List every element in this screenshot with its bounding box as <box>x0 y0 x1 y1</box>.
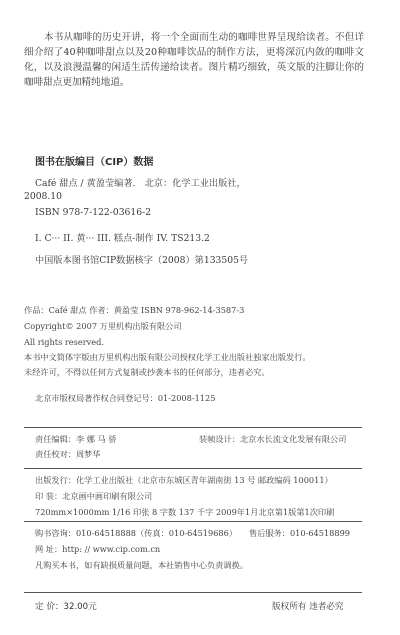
price-value: 32.00元 <box>64 602 97 612</box>
editor-row: 责任编辑：李 娜 马 骄 <box>35 434 117 445</box>
design-label: 装帧设计： <box>199 434 240 444</box>
divider <box>24 468 362 469</box>
print-row: 印 装：北京画中画印刷有限公司 <box>35 491 152 502</box>
proof-row: 责任校对：周梦华 <box>35 449 101 460</box>
specs-row: 720mm×1000mm 1/16 印张 8 字数 137 千字 2009年1月… <box>35 507 334 518</box>
copyright-line: Copyright© 2007 万里机构出版有限公司 <box>24 321 182 332</box>
print-value: 北京画中画印刷有限公司 <box>62 491 152 501</box>
purchase-label: 购书咨询： <box>35 528 76 538</box>
license-line: 本书中文简体字版由万里机构出版有限公司授权化学工业出版社独家出版发行。 <box>24 352 311 363</box>
service-label: 售后服务： <box>249 528 290 538</box>
cip-classification: I. C··· II. 黄··· III. 糕点-制作 IV. TS213.2 <box>35 230 210 244</box>
divider <box>24 427 362 428</box>
publisher-value: 化学工业出版社（北京市东城区青年湖南街 13 号 邮政编码 100011） <box>76 475 333 485</box>
cip-line1: Café 甜点 / 黄盈莹编著． 北京：化学工业出版社， <box>35 175 246 189</box>
web-row: 网 址：http: // www.cip.com.cn <box>35 544 160 555</box>
intro-text: 本书从咖啡的历史开讲，将一个全面而生动的咖啡世界呈现给读者。不但详细介绍了40种… <box>24 30 364 90</box>
web-link: http: // www.cip.com.cn <box>62 544 160 554</box>
proof-value: 周梦华 <box>76 449 101 459</box>
registration-line: 北京市版权局著作权合同登记号：01-2008-1125 <box>35 393 215 404</box>
price-label: 定 价： <box>35 602 64 612</box>
editor-names: 李 娜 马 骄 <box>76 434 117 444</box>
editor-label: 责任编辑： <box>35 434 76 444</box>
print-label: 印 装： <box>35 491 62 501</box>
cip-title: 图书在版编目（CIP）数据 <box>35 153 153 168</box>
purchase-value: 010-64518888（传真：010-64519686） <box>76 528 237 538</box>
publisher-row: 出版发行：化学工业出版社（北京市东城区青年湖南街 13 号 邮政编码 10001… <box>35 475 333 486</box>
work-line: 作品：Café 甜点 作者：黄盈莹 ISBN 978-962-14-3587-3 <box>24 305 244 316</box>
divider <box>24 521 362 522</box>
service-value: 010-64518899 <box>290 528 350 538</box>
cip-approval: 中国版本图书馆CIP数据核字（2008）第133505号 <box>35 252 248 266</box>
intro-paragraph: 本书从咖啡的历史开讲，将一个全面而生动的咖啡世界呈现给读者。不但详细介绍了40种… <box>24 30 364 90</box>
warning-line: 未经许可，不得以任何方式复制或抄袭本书的任何部分，违者必究。 <box>24 367 270 378</box>
rights-notice: 版权所有 违者必究 <box>272 600 343 612</box>
web-label: 网 址： <box>35 544 62 554</box>
publisher-label: 出版发行： <box>35 475 76 485</box>
cip-line2: 2008.10 <box>24 191 62 202</box>
proof-label: 责任校对： <box>35 449 76 459</box>
divider <box>24 592 362 593</box>
design-value: 北京水长流文化发展有限公司 <box>240 434 346 444</box>
service-row: 售后服务：010-64518899 <box>249 528 350 539</box>
purchase-row: 购书咨询：010-64518888（传真：010-64519686） <box>35 528 237 539</box>
price-row: 定 价：32.00元 <box>35 600 97 612</box>
rights-line: All rights reserved. <box>24 337 104 347</box>
notice-row: 凡购买本书，如有缺损质量问题，本社销售中心负责调换。 <box>35 560 248 571</box>
cip-isbn: ISBN 978-7-122-03616-2 <box>35 207 151 218</box>
design-row: 装帧设计：北京水长流文化发展有限公司 <box>199 434 346 445</box>
